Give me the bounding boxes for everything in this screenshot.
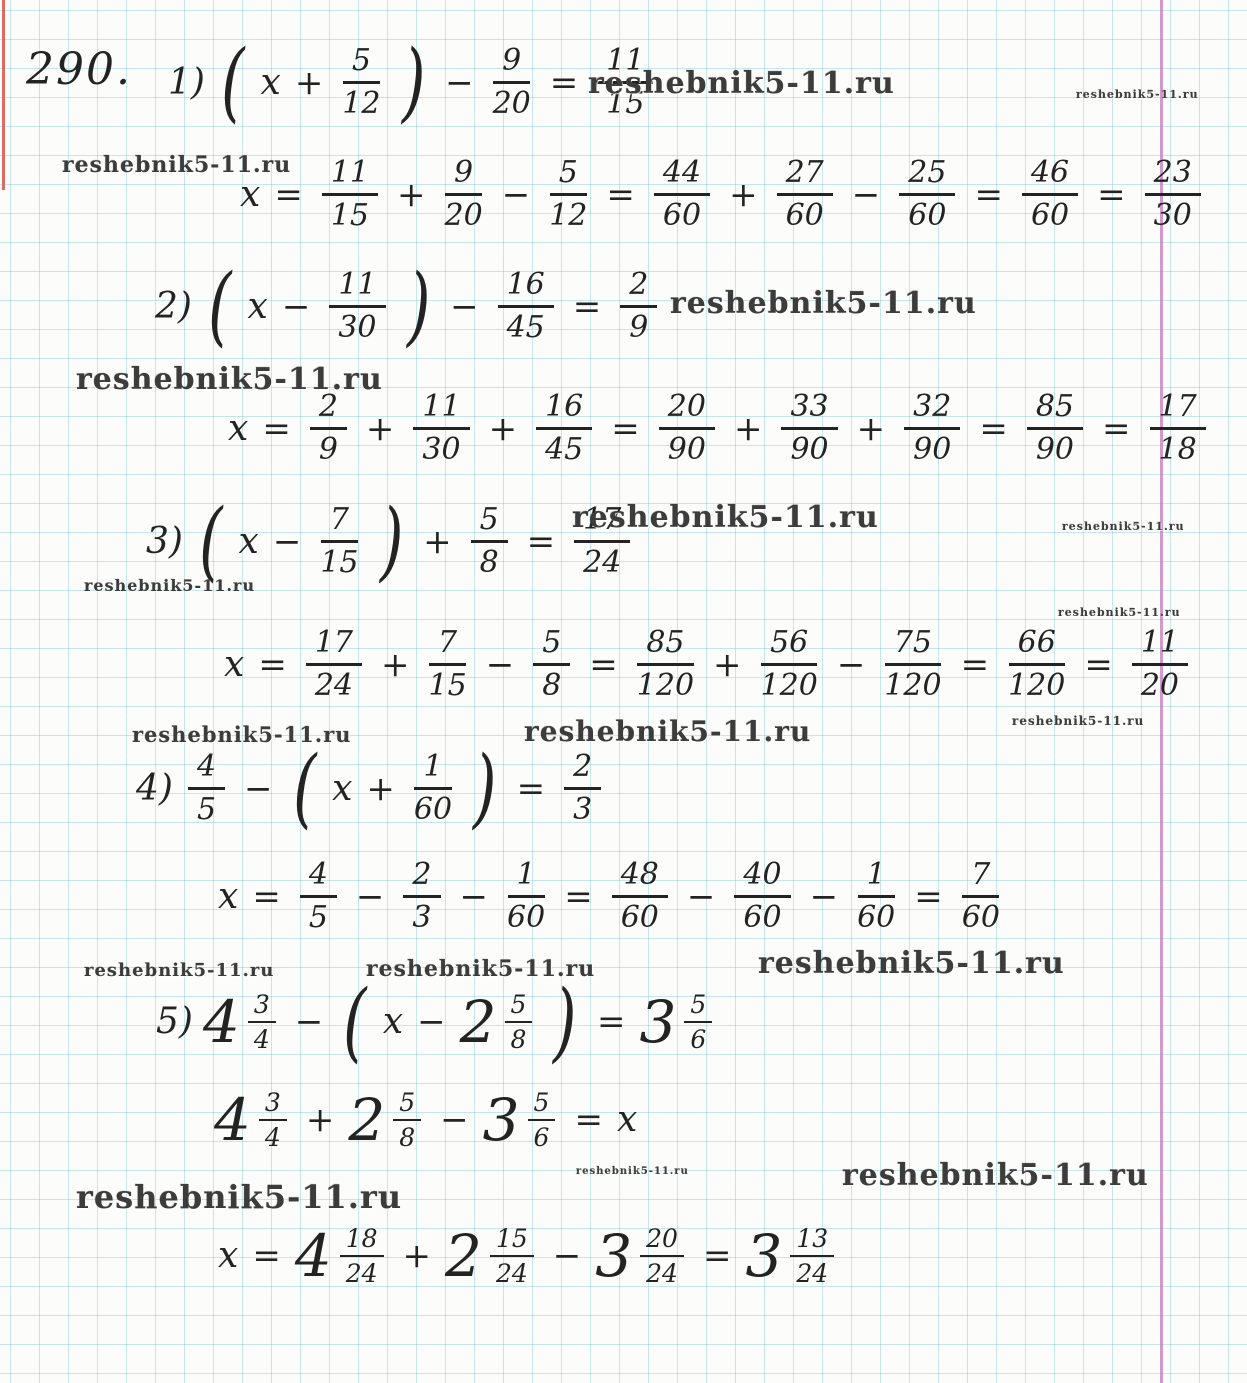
operator: − — [282, 290, 311, 324]
operator: + — [734, 412, 763, 446]
solution-line-4: x=45−23−160=4860−4060−160=760 — [218, 860, 1005, 933]
fraction: 1130 — [329, 270, 385, 343]
solution-line-5: x=41824+21524−32024=31324 — [218, 1226, 839, 1286]
operator: + — [381, 648, 410, 682]
operator: = — [517, 772, 546, 806]
fraction: 920 — [493, 46, 531, 119]
operator: + — [366, 412, 395, 446]
problem-number: 290. — [26, 44, 132, 95]
watermark: reshebnik5-11.ru — [84, 576, 255, 595]
watermark: reshebnik5-11.ru — [576, 1166, 689, 1177]
watermark: reshebnik5-11.ru — [1076, 88, 1199, 101]
item-label: 3) — [146, 524, 183, 560]
fraction: 34 — [259, 1090, 287, 1150]
operator: + — [713, 648, 742, 682]
operator: = — [573, 290, 602, 324]
variable-x: x — [261, 65, 281, 101]
fraction: 45 — [188, 752, 225, 825]
equation-line-1: 1)(x+512)−920=1115 — [168, 46, 658, 119]
operator: + — [489, 412, 518, 446]
fraction: 45 — [300, 860, 337, 933]
fraction: 8590 — [1027, 392, 1083, 465]
parenthesis: ( — [221, 48, 244, 117]
operator: = — [974, 178, 1003, 212]
mixed-number: 258 — [460, 992, 538, 1052]
fraction: 85120 — [637, 628, 694, 701]
variable-x: x — [332, 771, 352, 807]
operator: = — [258, 648, 287, 682]
operator: = — [611, 412, 640, 446]
operator: − — [460, 880, 489, 914]
fraction: 4660 — [1022, 158, 1078, 231]
operator: − — [553, 1239, 582, 1273]
operator: + — [423, 525, 452, 559]
watermark: reshebnik5-11.ru — [842, 1158, 1149, 1193]
watermark: reshebnik5-11.ru — [76, 1178, 402, 1216]
operator: = — [274, 178, 303, 212]
operator: = — [564, 880, 593, 914]
fraction: 3290 — [904, 392, 960, 465]
item-label: 4) — [136, 771, 173, 807]
fraction: 1524 — [490, 1226, 534, 1286]
fraction: 58 — [505, 992, 533, 1052]
parenthesis: ) — [553, 988, 576, 1057]
watermark: reshebnik5-11.ru — [670, 286, 977, 321]
operator: = — [914, 880, 943, 914]
fraction: 34 — [248, 992, 276, 1052]
item-label: 2) — [155, 289, 192, 325]
parenthesis: ) — [402, 48, 425, 117]
fraction: 23 — [403, 860, 440, 933]
item-label: 1) — [168, 65, 205, 101]
watermark: reshebnik5-11.ru — [132, 722, 352, 747]
operator: = — [597, 1005, 626, 1039]
mixed-number: 31324 — [745, 1226, 839, 1286]
mixed-number: 356 — [483, 1090, 561, 1150]
fraction: 512 — [342, 46, 380, 119]
watermark: reshebnik5-11.ru — [1012, 714, 1144, 728]
fraction: 160 — [507, 860, 545, 933]
fraction: 56120 — [761, 628, 818, 701]
fraction: 56 — [684, 992, 712, 1052]
operator: + — [295, 66, 324, 100]
fraction: 23 — [564, 752, 601, 825]
solution-line-3: x=1724+715−58=85120+56120−75120=66120=11… — [224, 628, 1193, 701]
operator: = — [589, 648, 618, 682]
mixed-number: 41824 — [295, 1226, 389, 1286]
operator: = — [252, 1239, 281, 1273]
operator: − — [810, 880, 839, 914]
operator: − — [440, 1103, 469, 1137]
mixed-number: 434 — [203, 992, 281, 1052]
equation-line-5: 5)434−(x−258)=356 — [156, 988, 717, 1057]
fraction: 160 — [414, 752, 452, 825]
operator: = — [550, 66, 579, 100]
equation-line-3: 3)(x−715)+58=1724 — [146, 505, 635, 578]
operator: = — [961, 648, 990, 682]
operator: − — [450, 290, 479, 324]
operator: − — [244, 772, 273, 806]
fraction: 1824 — [340, 1226, 384, 1286]
fraction: 3390 — [781, 392, 837, 465]
fraction: 2760 — [777, 158, 833, 231]
watermark: reshebnik5-11.ru — [572, 500, 879, 535]
watermark: reshebnik5-11.ru — [62, 152, 291, 178]
solution-line-2: x=29+1130+1645=2090+3390+3290=8590=1718 — [228, 392, 1211, 465]
mixed-number: 356 — [640, 992, 718, 1052]
fraction: 715 — [429, 628, 467, 701]
operator: + — [366, 772, 395, 806]
mixed-number: 21524 — [445, 1226, 539, 1286]
fraction: 4460 — [654, 158, 710, 231]
variable-x: x — [239, 524, 259, 560]
fraction: 1324 — [790, 1226, 834, 1286]
fraction: 1120 — [1132, 628, 1188, 701]
watermark: reshebnik5-11.ru — [758, 946, 1065, 981]
watermark: reshebnik5-11.ru — [588, 66, 895, 101]
fraction: 512 — [549, 158, 587, 231]
parenthesis: ( — [199, 507, 222, 576]
operator: − — [273, 525, 302, 559]
variable-x: x — [218, 1238, 238, 1274]
operator: − — [417, 1005, 446, 1039]
operator: − — [356, 880, 385, 914]
watermark: reshebnik5-11.ru — [1062, 520, 1185, 533]
operator: = — [1097, 178, 1126, 212]
operator: = — [979, 412, 1008, 446]
operator: + — [397, 178, 426, 212]
operator: = — [262, 412, 291, 446]
operator: = — [574, 1103, 603, 1137]
variable-x: x — [383, 1004, 403, 1040]
operator: − — [295, 1005, 324, 1039]
fraction: 66120 — [1008, 628, 1065, 701]
item-label: 5) — [156, 1004, 193, 1040]
fraction: 2024 — [640, 1226, 684, 1286]
fraction: 75120 — [884, 628, 941, 701]
operator: = — [606, 178, 635, 212]
parenthesis: ) — [380, 507, 403, 576]
watermark: reshebnik5-11.ru — [524, 715, 811, 748]
fraction: 2560 — [899, 158, 955, 231]
operator: + — [857, 412, 886, 446]
rearranged-line-5: 434+258−356=x — [214, 1090, 637, 1150]
parenthesis: ) — [473, 754, 496, 823]
operator: = — [1102, 412, 1131, 446]
operator: − — [445, 66, 474, 100]
fraction: 1115 — [322, 158, 378, 231]
operator: − — [502, 178, 531, 212]
variable-x: x — [617, 1102, 637, 1138]
operator: − — [852, 178, 881, 212]
operator: = — [703, 1239, 732, 1273]
operator: = — [527, 525, 556, 559]
mixed-number: 32024 — [595, 1226, 689, 1286]
fraction: 58 — [393, 1090, 421, 1150]
operator: − — [486, 648, 515, 682]
variable-x: x — [228, 411, 248, 447]
fraction: 29 — [620, 270, 657, 343]
fraction: 2330 — [1145, 158, 1201, 231]
fraction: 58 — [533, 628, 570, 701]
watermark: reshebnik5-11.ru — [366, 956, 595, 982]
operator: + — [403, 1239, 432, 1273]
variable-x: x — [218, 879, 238, 915]
operator: − — [837, 648, 866, 682]
fraction: 2090 — [659, 392, 715, 465]
watermark: reshebnik5-11.ru — [76, 362, 383, 397]
fraction: 4860 — [612, 860, 668, 933]
fraction: 58 — [471, 505, 508, 578]
fraction: 1718 — [1150, 392, 1206, 465]
watermark: reshebnik5-11.ru — [1058, 606, 1181, 619]
fraction: 1130 — [413, 392, 469, 465]
equation-line-2: 2)(x−1130)−1645=29 — [155, 270, 662, 343]
parenthesis: ( — [293, 754, 316, 823]
fraction: 160 — [857, 860, 895, 933]
fraction: 920 — [445, 158, 483, 231]
parenthesis: ) — [407, 272, 430, 341]
fraction: 1645 — [498, 270, 554, 343]
operator: = — [1084, 648, 1113, 682]
parenthesis: ( — [343, 988, 366, 1057]
parenthesis: ( — [208, 272, 231, 341]
variable-x: x — [240, 177, 260, 213]
fraction: 56 — [528, 1090, 556, 1150]
mixed-number: 434 — [214, 1090, 292, 1150]
watermark: reshebnik5-11.ru — [84, 960, 274, 981]
fraction: 760 — [962, 860, 1000, 933]
operator: − — [687, 880, 716, 914]
fraction: 29 — [310, 392, 347, 465]
fraction: 4060 — [734, 860, 790, 933]
fraction: 1724 — [306, 628, 362, 701]
equation-line-4: 4)45−(x+160)=23 — [136, 752, 606, 825]
fraction: 715 — [320, 505, 358, 578]
solution-line-1: x=1115+920−512=4460+2760−2560=4660=2330 — [240, 158, 1206, 231]
fraction: 1645 — [536, 392, 592, 465]
left-edge-red-line — [2, 0, 5, 190]
operator: = — [252, 880, 281, 914]
operator: + — [729, 178, 758, 212]
mixed-number: 258 — [348, 1090, 426, 1150]
variable-x: x — [248, 289, 268, 325]
variable-x: x — [224, 647, 244, 683]
operator: + — [306, 1103, 335, 1137]
notebook-page: { "page": { "problem_number": "290.", "w… — [0, 0, 1247, 1383]
